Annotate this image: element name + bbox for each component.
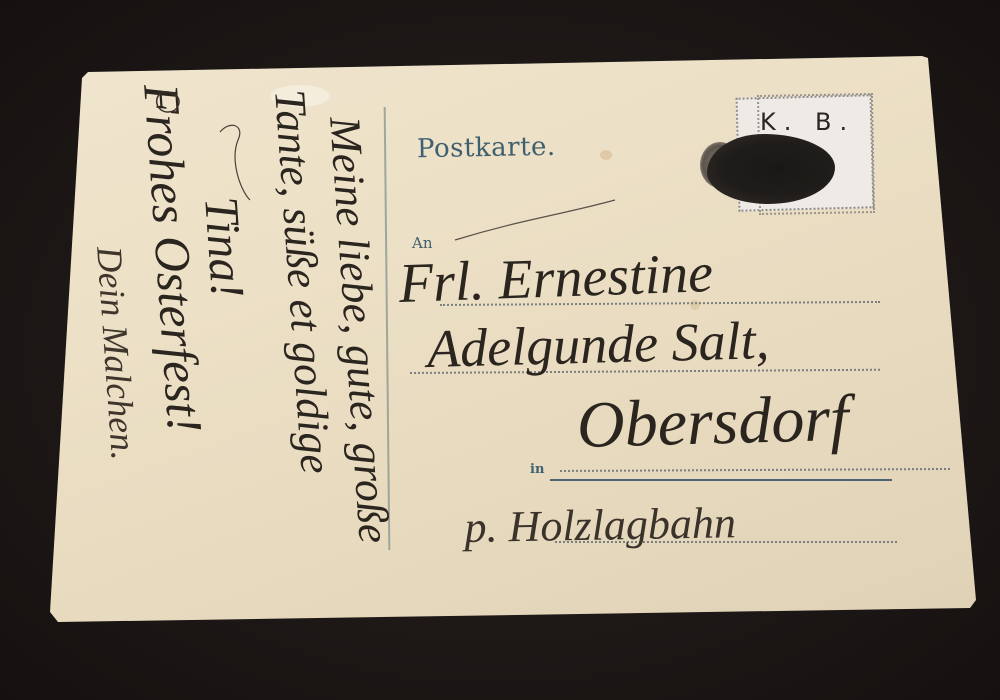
address-post-office: p. Holzlagbahn — [464, 497, 736, 553]
postcard: Postkarte. An in K. B. Frl. Ernestine Ad… — [0, 0, 1000, 700]
stamp-text: K. B. — [760, 108, 855, 136]
address-recipient-surname: Adelgunde Salt, — [426, 309, 769, 380]
address-town: Obersdorf — [576, 381, 849, 464]
location-underline — [550, 479, 892, 481]
postkarte-title: Postkarte. — [417, 132, 556, 164]
address-recipient-name: Frl. Ernestine — [398, 241, 714, 316]
location-label: in — [530, 462, 544, 477]
age-stain — [600, 150, 612, 160]
recipient-label: An — [412, 234, 433, 252]
